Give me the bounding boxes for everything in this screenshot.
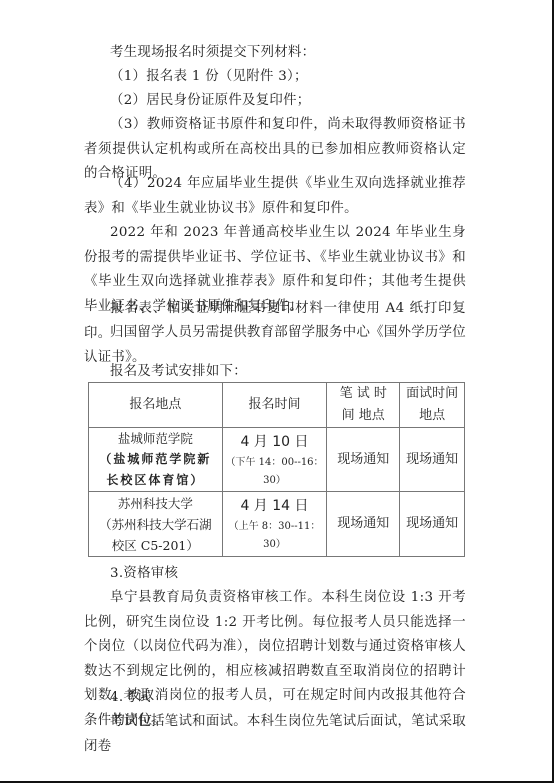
table-row: 苏州科技大学 （苏州科技大学石湖校区 C5-201） 4 月 14 日 （上午 …: [89, 492, 465, 557]
reg-date: 4 月 10 日: [223, 430, 327, 454]
intro-paragraph: 考生现场报名时须提交下列材料：: [84, 41, 466, 66]
item-2: （2）居民身份证原件及复印件；: [84, 89, 466, 114]
location-detail: （盐城师范学院新长校区体育馆）: [89, 449, 222, 491]
written-cell: 现场通知: [327, 492, 400, 557]
location-name: 盐城师范学院: [89, 428, 222, 449]
reg-time: （上午 8：30--11：30）: [223, 518, 327, 554]
section-4-body: 考试包括笔试和面试。本科生岗位先笔试后面试，笔试采取闭卷: [84, 710, 466, 759]
table-header-row: 报名地点 报名时间 笔 试 时 间 地点 面试时间地点: [89, 383, 465, 428]
header-written: 笔 试 时 间 地点: [327, 383, 400, 428]
location-detail: （苏州科技大学石湖校区 C5-201）: [89, 514, 222, 556]
section-3-heading: 3.资格审核: [84, 562, 466, 587]
header-reg-time: 报名时间: [222, 383, 327, 428]
header-interview: 面试时间地点: [400, 383, 465, 428]
reg-time: （下午 14：00--16：30）: [223, 454, 327, 490]
reg-date: 4 月 14 日: [223, 494, 327, 518]
document-page: 考生现场报名时须提交下列材料： （1）报名表 1 份（见附件 3）； （2）居民…: [0, 0, 554, 783]
reg-time-cell: 4 月 14 日 （上午 8：30--11：30）: [222, 492, 327, 557]
location-name: 苏州科技大学: [89, 493, 222, 514]
interview-cell: 现场通知: [400, 428, 465, 492]
section-4-heading: 4.考试: [84, 686, 466, 711]
reg-time-cell: 4 月 10 日 （下午 14：00--16：30）: [222, 428, 327, 492]
written-cell: 现场通知: [327, 428, 400, 492]
schedule-table: 报名地点 报名时间 笔 试 时 间 地点 面试时间地点 盐城师范学院 （盐城师范…: [88, 382, 465, 557]
location-cell: 苏州科技大学 （苏州科技大学石湖校区 C5-201）: [89, 492, 223, 557]
header-location: 报名地点: [89, 383, 223, 428]
location-cell: 盐城师范学院 （盐城师范学院新长校区体育馆）: [89, 428, 223, 492]
interview-cell: 现场通知: [400, 492, 465, 557]
item-1: （1）报名表 1 份（见附件 3）；: [84, 65, 466, 90]
schedule-intro: 报名及考试安排如下：: [84, 360, 466, 385]
table-row: 盐城师范学院 （盐城师范学院新长校区体育馆） 4 月 10 日 （下午 14：0…: [89, 428, 465, 492]
item-4: （4）2024 年应届毕业生提供《毕业生双向选择就业推荐表》和《毕业生就业协议书…: [84, 172, 466, 221]
